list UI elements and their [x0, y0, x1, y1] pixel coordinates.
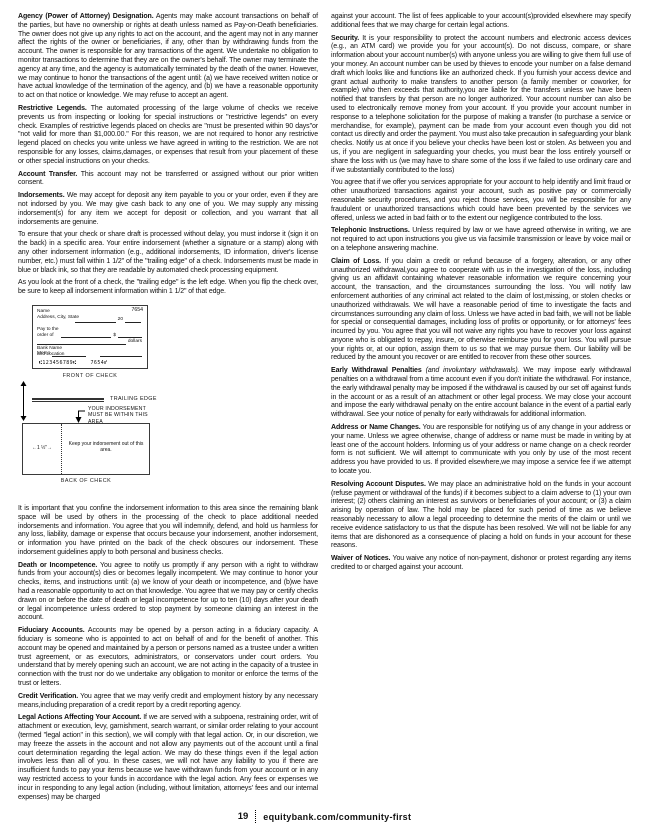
para-restrictive-legends: Restrictive Legends. The automated proce… — [18, 105, 318, 167]
vertical-double-arrow-icon — [19, 381, 28, 421]
payee-label-line2: order of — [37, 333, 59, 339]
trailing-edge-bar — [32, 398, 104, 402]
blank-line — [100, 353, 142, 357]
right-column: against your account. The list of fees a… — [331, 13, 631, 806]
para-address-or-name-changes: Address or Name Changes. You are respons… — [331, 424, 631, 477]
check-back-diagram: ←1 ½"→ Keep your indorsement out of this… — [22, 423, 150, 475]
para-legal-actions-continued: against your account. The list of fees a… — [331, 13, 631, 31]
para-resolving-account-disputes: Resolving Account Disputes. We may place… — [331, 481, 631, 551]
term-waiver-of-notices: Waiver of Notices. — [331, 555, 390, 562]
para-credit-verification: Credit Verification. You agree that we m… — [18, 693, 318, 711]
trailing-edge-label: TRAILING EDGE — [110, 396, 157, 402]
para-text: It is your responsibility to protect the… — [331, 35, 631, 174]
para-claim-of-loss: Claim of Loss. If you claim a credit or … — [331, 258, 631, 364]
check-name-block: Name Address, City, State — [37, 309, 79, 320]
footer-site-url: equitybank.com/community-first — [263, 812, 411, 822]
para-fiduciary-accounts: Fiduciary Accounts. Accounts may be open… — [18, 627, 318, 689]
check-amount-symbol: $ — [113, 333, 116, 339]
blank-line — [118, 334, 142, 338]
blank-line — [37, 341, 126, 345]
para-text: We may place an administrative hold on t… — [331, 481, 631, 550]
para-trailing-edge-note: As you look at the front of a check, the… — [18, 279, 318, 297]
term-fiduciary-accounts: Fiduciary Accounts. — [18, 627, 85, 634]
para-confine-indorsement: It is important that you confine the ind… — [18, 505, 318, 558]
payee-label-line1: Pay to the — [37, 327, 59, 333]
check-payee-label: Pay to the order of — [37, 327, 59, 338]
check-dollars-label: dollars — [128, 339, 142, 345]
check-payee-line: Pay to the order of $ — [37, 327, 142, 338]
para-text: You agree that if we offer you services … — [331, 179, 631, 221]
para-indorse-instructions: To ensure that your check or share draft… — [18, 231, 318, 275]
para-text: Accounts may be opened by a person actin… — [18, 627, 318, 687]
blank-line — [52, 353, 86, 357]
check-date-label: 20 — [118, 317, 123, 323]
term-telephonic-instructions: Telephonic Instructions. — [331, 227, 410, 234]
para-text: To ensure that your check or share draft… — [18, 231, 318, 273]
term-legal-actions: Legal Actions Affecting Your Account. — [18, 714, 141, 721]
micr-check-number: 7654⑈ — [91, 360, 108, 366]
down-arrow-icon — [74, 409, 86, 424]
footer-dotted-divider — [255, 810, 256, 823]
term-resolving-account-disputes: Resolving Account Disputes. — [331, 481, 426, 488]
para-text: It is important that you confine the ind… — [18, 505, 318, 556]
term-early-withdrawal-italic: (and involuntary withdrawals). — [426, 367, 520, 374]
term-indorsements: Indorsements. — [18, 192, 65, 199]
term-account-transfer: Account Transfer. — [18, 171, 77, 178]
term-security: Security. — [331, 35, 359, 42]
check-indorsement-diagram: Name Address, City, State 7654 20 Pay to… — [18, 305, 198, 495]
term-address-or-name-changes: Address or Name Changes. — [331, 424, 421, 431]
micr-routing: ⑆123456789⑆ — [39, 360, 77, 366]
para-security: Security. It is your responsibility to p… — [331, 35, 631, 176]
check-front-diagram: Name Address, City, State 7654 20 Pay to… — [32, 305, 148, 369]
para-text: against your account. The list of fees a… — [331, 13, 631, 29]
para-death-or-incompetence: Death or Incompetence. You agree to noti… — [18, 562, 318, 624]
back-of-check-caption: BACK OF CHECK — [22, 478, 150, 484]
term-agency-designation: Agency (Power of Attorney) Designation. — [18, 13, 154, 20]
para-agency-designation: Agency (Power of Attorney) Designation. … — [18, 13, 318, 101]
term-restrictive-legends: Restrictive Legends. — [18, 105, 87, 112]
para-text: Agents may make account transactions on … — [18, 13, 318, 99]
indorsement-boundary-dotted-line — [61, 424, 62, 474]
check-dollars-line: dollars — [37, 339, 142, 345]
keep-out-text: Keep your indorsement out of this area. — [67, 441, 145, 453]
para-legal-actions: Legal Actions Affecting Your Account. If… — [18, 714, 318, 802]
left-column: Agency (Power of Attorney) Designation. … — [18, 13, 318, 806]
para-text: If you claim a credit or refund because … — [331, 258, 631, 362]
check-address-label: Address, City, State — [37, 315, 79, 321]
para-telephonic-instructions: Telephonic Instructions. Unless required… — [331, 227, 631, 253]
para-indorsements: Indorsements. We may accept for deposit … — [18, 192, 318, 227]
check-date-line: 20 — [75, 317, 141, 323]
check-micr-line: ⑆123456789⑆ 7654⑈ — [39, 360, 108, 366]
page-number: 19 — [238, 811, 249, 822]
check-memo-label: Memo — [37, 351, 50, 357]
document-page: Agency (Power of Attorney) Designation. … — [0, 0, 649, 840]
term-death-or-incompetence: Death or Incompetence. — [18, 562, 97, 569]
page-footer: 19 equitybank.com/community-first — [0, 810, 649, 823]
two-column-body: Agency (Power of Attorney) Designation. … — [18, 13, 631, 806]
term-claim-of-loss: Claim of Loss. — [331, 258, 381, 265]
term-credit-verification: Credit Verification. — [18, 693, 78, 700]
para-text: As you look at the front of a check, the… — [18, 279, 318, 295]
blank-line — [75, 319, 116, 323]
para-waiver-of-notices: Waiver of Notices. You waive any notice … — [331, 555, 631, 573]
para-text: We may impose early withdrawal penalties… — [331, 367, 631, 418]
width-measure-label: ←1 ½"→ — [23, 445, 61, 451]
front-of-check-caption: FRONT OF CHECK — [32, 373, 148, 379]
para-text: You are responsible for notifying us of … — [331, 424, 631, 475]
blank-line — [61, 334, 112, 338]
para-text: If we are served with a subpoena, restra… — [18, 714, 318, 800]
para-account-transfer: Account Transfer. This account may not b… — [18, 171, 318, 189]
para-fraud-services: You agree that if we offer you services … — [331, 179, 631, 223]
term-early-withdrawal-penalties: Early Withdrawal Penalties — [331, 367, 422, 374]
check-number: 7654 — [131, 308, 143, 314]
blank-line — [125, 319, 141, 323]
para-text: The automated processing of the large vo… — [18, 105, 318, 165]
para-early-withdrawal-penalties: Early Withdrawal Penalties (and involunt… — [331, 367, 631, 420]
para-text: You agree to notify us promptly if any p… — [18, 562, 318, 622]
check-memo-line: Memo — [37, 351, 142, 357]
